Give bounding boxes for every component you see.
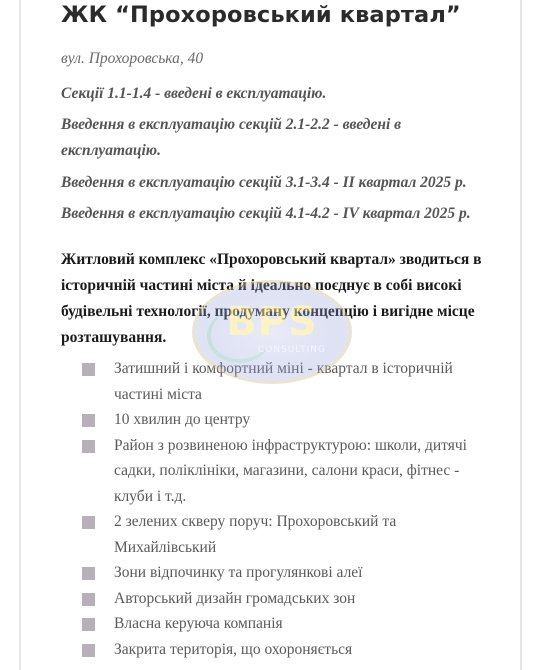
square-bullet-icon bbox=[82, 593, 95, 606]
list-item: Затишний і комфортний міні - квартал в і… bbox=[61, 356, 501, 407]
features-list: Затишний і комфортний міні - квартал в і… bbox=[61, 356, 501, 662]
square-bullet-icon bbox=[82, 618, 95, 631]
feature-text: Затишний і комфортний міні - квартал в і… bbox=[114, 360, 453, 403]
square-bullet-icon bbox=[82, 516, 95, 529]
description: Житловий комплекс «Прохоровський квартал… bbox=[61, 247, 521, 351]
feature-text: Авторський дизайн громадських зон bbox=[114, 590, 355, 607]
feature-text: Зони відпочинку та прогулянкові алеї bbox=[114, 564, 362, 581]
list-item: Закрита територія, що охороняється bbox=[61, 637, 501, 663]
feature-text: 2 зелених скверу поруч: Прохоровський та… bbox=[114, 513, 396, 556]
list-item: Район з розвиненою інфраструктурою: школ… bbox=[61, 433, 501, 510]
status-line: Введення в експлуатацію секцій 2.1-2.2 -… bbox=[61, 112, 501, 164]
square-bullet-icon bbox=[82, 644, 95, 657]
content-card: ЖК “Прохоровський квартал” вул. Прохоров… bbox=[19, 0, 522, 670]
feature-text: Закрита територія, що охороняється bbox=[114, 641, 352, 658]
square-bullet-icon bbox=[82, 567, 95, 580]
feature-text: 10 хвилин до центру bbox=[114, 411, 250, 428]
page-title: ЖК “Прохоровський квартал” bbox=[61, 2, 461, 28]
square-bullet-icon bbox=[82, 414, 95, 427]
list-item: 10 хвилин до центру bbox=[61, 407, 501, 433]
square-bullet-icon bbox=[82, 440, 95, 453]
list-item: 2 зелених скверу поруч: Прохоровський та… bbox=[61, 509, 501, 560]
feature-text: Власна керуюча компанія bbox=[114, 615, 283, 632]
list-item: Авторський дизайн громадських зон bbox=[61, 586, 501, 612]
feature-text: Район з розвиненою інфраструктурою: школ… bbox=[114, 437, 467, 505]
list-item: Зони відпочинку та прогулянкові алеї bbox=[61, 560, 501, 586]
status-line: Секції 1.1-1.4 - введені в експлуатацію. bbox=[61, 81, 501, 107]
status-line: Введення в експлуатацію секцій 3.1-3.4 -… bbox=[61, 170, 501, 196]
square-bullet-icon bbox=[82, 363, 95, 376]
status-line: Введення в експлуатацію секцій 4.1-4.2 -… bbox=[61, 201, 501, 227]
address: вул. Прохоровська, 40 bbox=[61, 50, 203, 68]
list-item: Власна керуюча компанія bbox=[61, 611, 501, 637]
